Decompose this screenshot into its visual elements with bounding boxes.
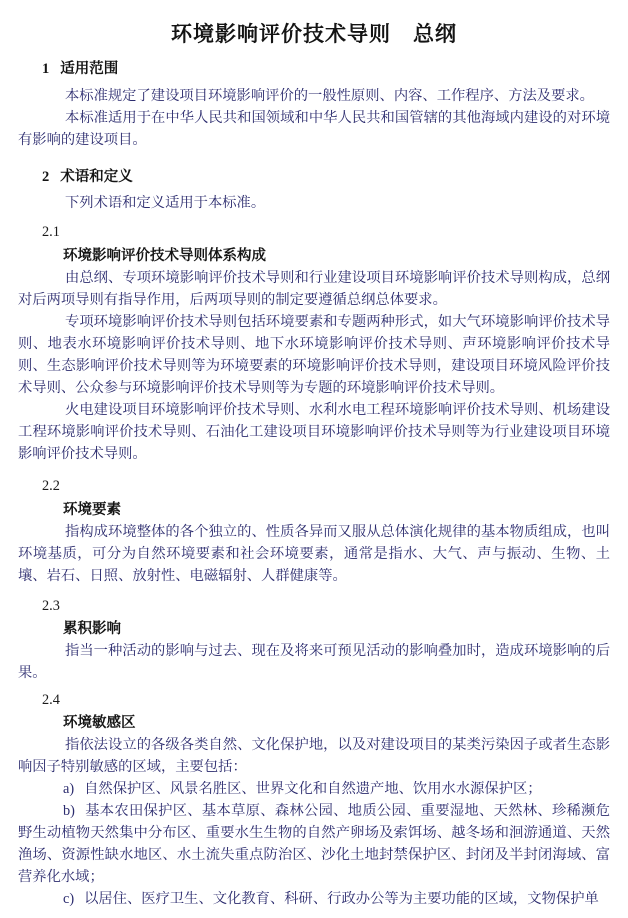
list-item-b-text: 基本农田保护区、基本草原、森林公园、地质公园、重要湿地、天然林、珍稀濒危野生动植…	[18, 803, 610, 885]
list-item-a: a)自然保护区、风景名胜区、世界文化和自然遗产地、饮用水水源保护区；	[18, 778, 610, 800]
term-2-1: 2.1 环境影响评价技术导则体系构成 由总纲、专项环境影响评价技术导则和行业建设…	[18, 221, 610, 465]
term-2-3-name: 累积影响	[18, 618, 610, 640]
section-scope: 1适用范围 本标准规定了建设项目环境影响评价的一般性原则、内容、工作程序、方法及…	[18, 58, 610, 151]
section-2-number: 2	[42, 169, 49, 185]
paragraph: 火电建设项目环境影响评价技术导则、水利水电工程环境影响评价技术导则、机场建设工程…	[18, 399, 610, 465]
section-2-heading: 2术语和定义	[18, 166, 610, 188]
term-2-2: 2.2 环境要素 指构成环境整体的各个独立的、性质各异而又服从总体演化规律的基本…	[18, 475, 610, 587]
term-2-3-number: 2.3	[18, 595, 610, 617]
paragraph: 指依法设立的各级各类自然、文化保护地，以及对建设项目的某类污染因子或者生态影响因…	[18, 734, 610, 778]
document-page: 环境影响评价技术导则 总纲 1适用范围 本标准规定了建设项目环境影响评价的一般性…	[0, 0, 628, 918]
section-terms: 2术语和定义 下列术语和定义适用于本标准。 2.1 环境影响评价技术导则体系构成…	[18, 166, 610, 910]
list-item-a-text: 自然保护区、风景名胜区、世界文化和自然遗产地、饮用水水源保护区；	[84, 781, 542, 797]
term-2-2-name: 环境要素	[18, 499, 610, 521]
terms-intro: 下列术语和定义适用于本标准。	[18, 192, 610, 214]
term-2-3: 2.3 累积影响 指当一种活动的影响与过去、现在及将来可预见活动的影响叠加时，造…	[18, 595, 610, 684]
section-2-title: 术语和定义	[60, 169, 133, 185]
term-2-1-number: 2.1	[18, 221, 610, 243]
term-2-4-number: 2.4	[18, 689, 610, 711]
paragraph: 专项环境影响评价技术导则包括环境要素和专题两种形式，如大气环境影响评价技术导则、…	[18, 311, 610, 399]
term-2-2-number: 2.2	[18, 475, 610, 497]
document-title: 环境影响评价技术导则 总纲	[18, 20, 610, 50]
list-item-c: c)以居住、医疗卫生、文化教育、科研、行政办公等为主要功能的区域，文物保护单	[18, 888, 610, 910]
list-item-c-marker: c)	[63, 891, 74, 907]
list-item-b-marker: b)	[63, 803, 75, 819]
list-item-a-marker: a)	[63, 781, 74, 797]
list-item-c-text: 以居住、医疗卫生、文化教育、科研、行政办公等为主要功能的区域，文物保护单	[84, 891, 599, 907]
paragraph: 指构成环境整体的各个独立的、性质各异而又服从总体演化规律的基本物质组成，也叫环境…	[18, 521, 610, 587]
section-1-title: 适用范围	[60, 61, 118, 77]
paragraph: 指当一种活动的影响与过去、现在及将来可预见活动的影响叠加时，造成环境影响的后果。	[18, 640, 610, 684]
paragraph: 由总纲、专项环境影响评价技术导则和行业建设项目环境影响评价技术导则构成，总纲对后…	[18, 267, 610, 311]
list-item-b: b)基本农田保护区、基本草原、森林公园、地质公园、重要湿地、天然林、珍稀濒危野生…	[18, 800, 610, 888]
term-2-1-name: 环境影响评价技术导则体系构成	[18, 245, 610, 267]
section-1-heading: 1适用范围	[18, 58, 610, 80]
paragraph: 本标准适用于在中华人民共和国领域和中华人民共和国管辖的其他海域内建设的对环境有影…	[18, 107, 610, 151]
term-2-4: 2.4 环境敏感区 指依法设立的各级各类自然、文化保护地，以及对建设项目的某类污…	[18, 689, 610, 910]
paragraph: 本标准规定了建设项目环境影响评价的一般性原则、内容、工作程序、方法及要求。	[18, 85, 610, 107]
term-2-4-name: 环境敏感区	[18, 712, 610, 734]
section-1-number: 1	[42, 61, 49, 77]
